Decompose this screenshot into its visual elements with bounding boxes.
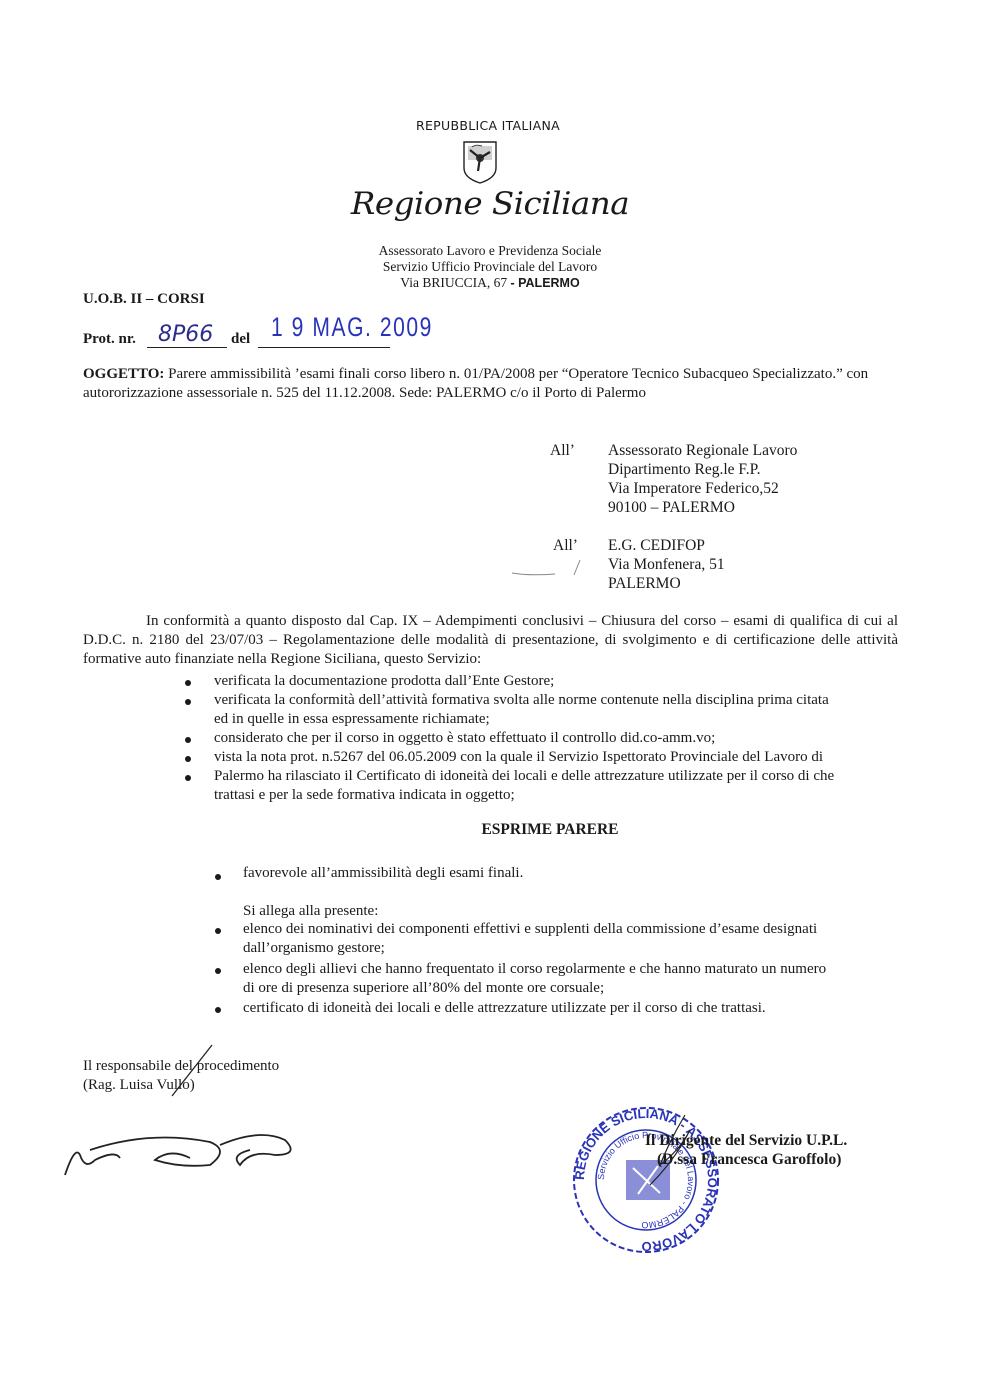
recipient-2-line: PALERMO	[608, 574, 725, 593]
prot-label: Prot. nr.	[83, 331, 136, 348]
sicily-trinacria-crest-icon	[462, 140, 498, 184]
del-label: del	[231, 331, 250, 348]
recipient-2-prefix: All’	[553, 536, 578, 555]
pen-mark	[510, 555, 590, 580]
prot-underline	[147, 347, 227, 348]
finding-item: verificata la conformità dell’attività f…	[214, 691, 829, 710]
attachment-item: elenco dei nominativi dei componenti eff…	[243, 920, 817, 939]
bullet	[215, 1007, 221, 1013]
subject: OGGETTO: Parere ammissibilità ’esami fin…	[83, 365, 883, 403]
recipient-2: E.G. CEDIFOP Via Monfenera, 51 PALERMO	[608, 536, 725, 593]
attachment-item: elenco degli allievi che hanno frequenta…	[243, 960, 826, 979]
body-intro: In conformità a quanto disposto dal Cap.…	[83, 612, 898, 669]
prot-number-handwritten: 8P66	[158, 322, 213, 347]
bullet	[185, 699, 191, 705]
city: - PALERMO	[510, 276, 579, 290]
finding-item: considerato che per il corso in oggetto …	[214, 729, 715, 748]
finding-item: verificata la documentazione prodotta da…	[214, 672, 554, 691]
subject-text: Parere ammissibilità ’esami finali corso…	[83, 366, 868, 401]
attachment-item: dall’organismo gestore;	[243, 939, 385, 958]
opinion-text: favorevole all’ammissibilità degli esami…	[243, 864, 523, 883]
recipient-1-prefix: All’	[550, 441, 575, 460]
street: Via BRIUCCIA, 67	[400, 275, 507, 290]
bullet	[185, 756, 191, 762]
unit-label: U.O.B. II – CORSI	[83, 291, 205, 308]
recipient-1-line: Via Imperatore Federico,52	[608, 479, 797, 498]
subject-label: OGGETTO:	[83, 366, 164, 382]
handwritten-signature-right	[640, 1110, 700, 1190]
bullet	[185, 737, 191, 743]
handwritten-signature-left	[60, 1120, 320, 1180]
finding-item: Palermo ha rilasciato il Certificato di …	[214, 767, 834, 786]
attachment-item: di ore di presenza superiore all’80% del…	[243, 979, 604, 998]
recipient-1-line: 90100 – PALERMO	[608, 498, 797, 517]
finding-item: trattasi e per la sede formativa indicat…	[214, 786, 515, 805]
finding-item: ed in quelle in essa espressamente richi…	[214, 710, 490, 729]
address-line: Via BRIUCCIA, 67 - PALERMO	[330, 275, 650, 291]
signature-stroke	[160, 1040, 220, 1100]
recipient-1-line: Assessorato Regionale Lavoro	[608, 441, 797, 460]
recipient-1: Assessorato Regionale Lavoro Dipartiment…	[608, 441, 797, 517]
republic-heading: REPUBBLICA ITALIANA	[398, 118, 578, 133]
bullet	[215, 874, 221, 880]
attachments-intro: Si allega alla presente:	[243, 902, 378, 921]
bullet	[215, 968, 221, 974]
date-underline	[258, 347, 390, 348]
recipient-2-line: E.G. CEDIFOP	[608, 536, 725, 555]
recipient-2-line: Via Monfenera, 51	[608, 555, 725, 574]
bullet	[185, 775, 191, 781]
service-line: Servizio Ufficio Provinciale del Lavoro	[330, 259, 650, 275]
date-stamp: 1 9 MAG. 2009	[271, 312, 433, 343]
region-logotype: Regione Siciliana	[343, 186, 637, 222]
attachment-item: certificato di idoneità dei locali e del…	[243, 999, 766, 1018]
bullet	[185, 680, 191, 686]
bullet	[215, 928, 221, 934]
opinion-heading: ESPRIME PARERE	[300, 821, 800, 839]
recipient-1-line: Dipartimento Reg.le F.P.	[608, 460, 797, 479]
finding-item: vista la nota prot. n.5267 del 06.05.200…	[214, 748, 823, 767]
body-intro-text: In conformità a quanto disposto dal Cap.…	[83, 613, 898, 667]
department-line: Assessorato Lavoro e Previdenza Sociale	[330, 243, 650, 259]
